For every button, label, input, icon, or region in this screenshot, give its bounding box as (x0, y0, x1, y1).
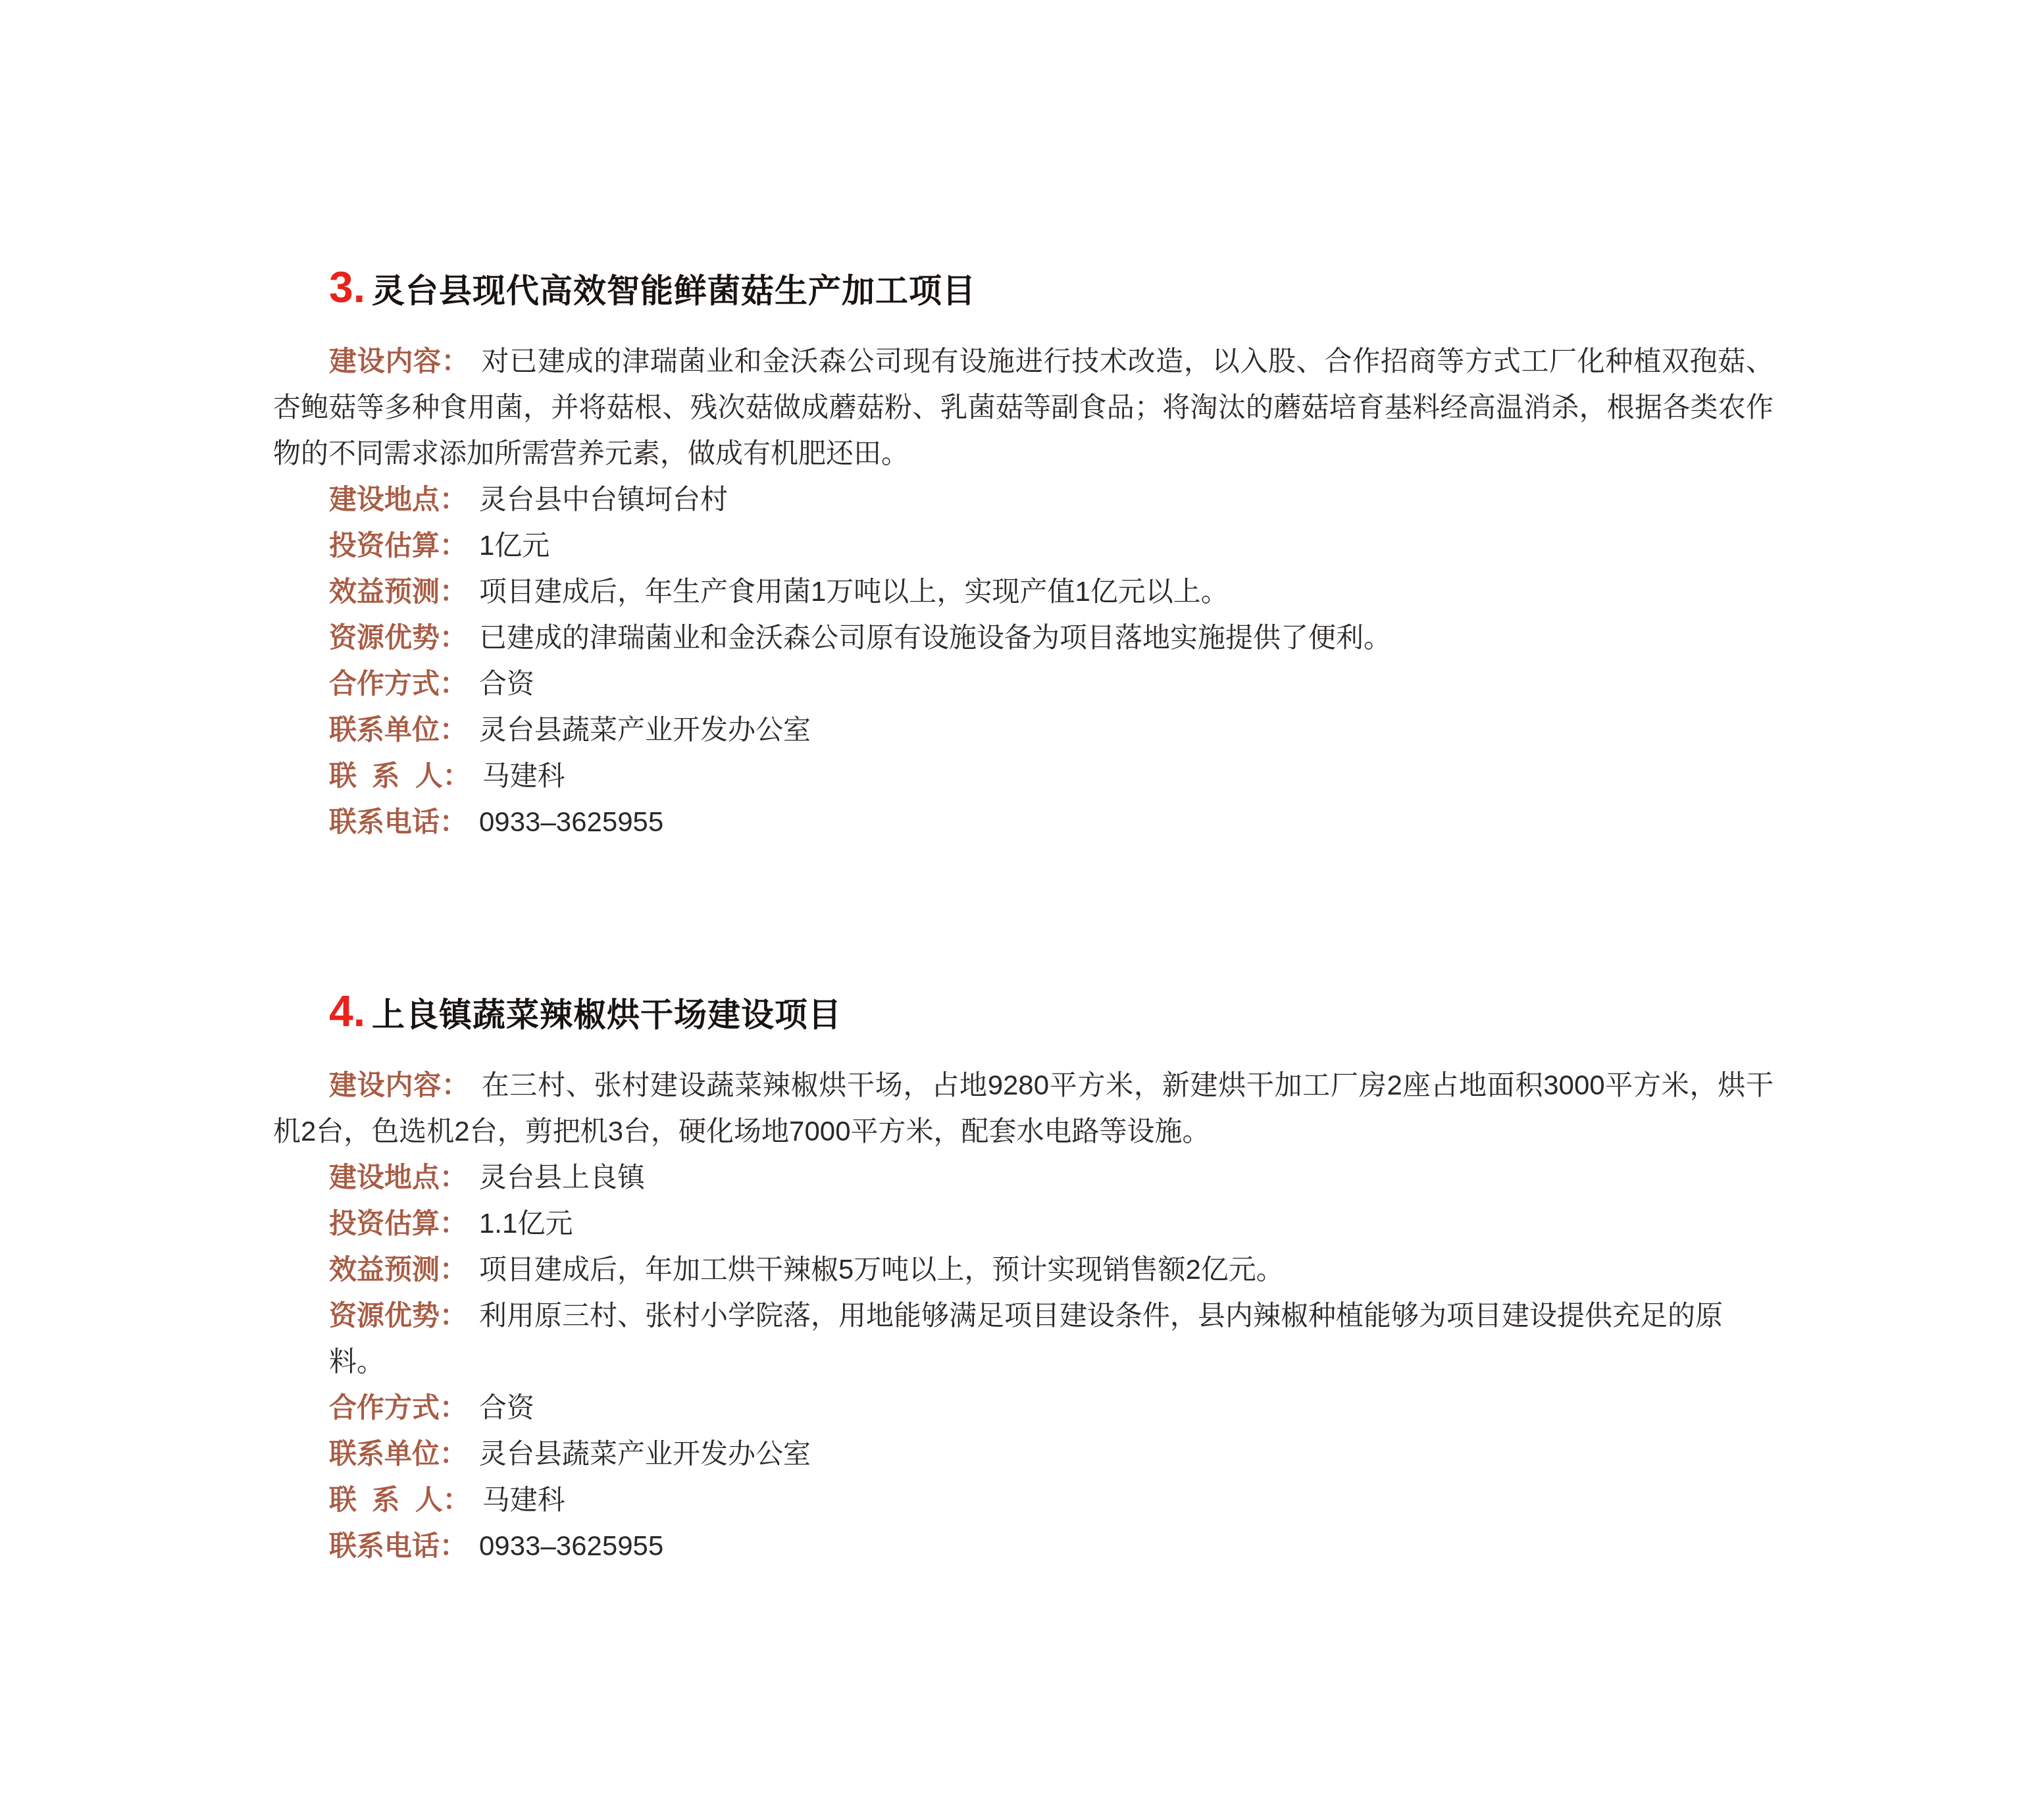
section-number: 4. (329, 987, 365, 1035)
field-label: 联 系 人： (329, 760, 471, 791)
content-label: 建设内容： (329, 1070, 470, 1100)
document-page: 3.灵台县现代高效智能鲜菌菇生产加工项目 建设内容：对已建成的津瑞菌业和金沃森公… (0, 0, 2044, 1810)
field-label: 建设地点： (329, 1162, 467, 1193)
field-row-contact-person: 联 系 人：马建科 (329, 753, 1774, 799)
field-label: 联系电话： (329, 806, 467, 837)
field-value: 合资 (479, 668, 534, 699)
field-row-contact-person: 联 系 人：马建科 (329, 1477, 1774, 1523)
field-value: 项目建成后，年生产食用菌1万吨以上，实现产值1亿元以上。 (479, 576, 1229, 607)
content-text: 在三村、张村建设蔬菜辣椒烘干场，占地9280平方米，新建烘干加工厂房2座占地面积… (273, 1070, 1774, 1147)
section-heading: 4.上良镇蔬菜辣椒烘干场建设项目 (329, 982, 1774, 1050)
field-value: 已建成的津瑞菌业和金沃森公司原有设施设备为项目落地实施提供了便利。 (479, 622, 1391, 653)
field-row-location: 建设地点：灵台县中台镇坷台村 (329, 477, 1774, 523)
field-value: 1亿元 (479, 530, 549, 561)
field-row-cooperation: 合作方式：合资 (329, 1385, 1774, 1431)
field-label: 效益预测： (329, 1254, 467, 1285)
project-section-3: 3.灵台县现代高效智能鲜菌菇生产加工项目 建设内容：对已建成的津瑞菌业和金沃森公… (273, 258, 1774, 845)
field-value: 利用原三村、张村小学院落，用地能够满足项目建设条件，县内辣椒种植能够为项目建设提… (329, 1300, 1723, 1377)
field-label: 联系单位： (329, 714, 467, 745)
field-value: 灵台县蔬菜产业开发办公室 (479, 714, 811, 745)
field-row-resource: 资源优势：利用原三村、张村小学院落，用地能够满足项目建设条件，县内辣椒种植能够为… (329, 1293, 1774, 1385)
field-value: 灵台县蔬菜产业开发办公室 (479, 1438, 811, 1469)
field-row-contact-unit: 联系单位：灵台县蔬菜产业开发办公室 (329, 707, 1774, 753)
field-row-cooperation: 合作方式：合资 (329, 661, 1774, 707)
field-value: 1.1亿元 (479, 1208, 573, 1239)
field-label: 合作方式： (329, 1392, 467, 1423)
project-section-4: 4.上良镇蔬菜辣椒烘干场建设项目 建设内容：在三村、张村建设蔬菜辣椒烘干场，占地… (273, 982, 1774, 1569)
section-number: 3. (329, 263, 365, 311)
field-value: 灵台县上良镇 (479, 1162, 645, 1193)
field-row-investment: 投资估算：1.1亿元 (329, 1201, 1774, 1247)
field-value: 0933–3625955 (479, 1530, 663, 1561)
field-value: 项目建成后，年加工烘干辣椒5万吨以上，预计实现销售额2亿元。 (479, 1254, 1284, 1285)
field-row-contact-unit: 联系单位：灵台县蔬菜产业开发办公室 (329, 1431, 1774, 1477)
field-value: 马建科 (482, 760, 565, 791)
content-paragraph: 建设内容：对已建成的津瑞菌业和金沃森公司现有设施进行技术改造，以入股、合作招商等… (273, 338, 1774, 477)
content-paragraph: 建设内容：在三村、张村建设蔬菜辣椒烘干场，占地9280平方米，新建烘干加工厂房2… (273, 1062, 1774, 1154)
field-row-contact-phone: 联系电话：0933–3625955 (329, 1523, 1774, 1569)
field-row-resource: 资源优势：已建成的津瑞菌业和金沃森公司原有设施设备为项目落地实施提供了便利。 (329, 615, 1774, 661)
field-row-benefit: 效益预测：项目建成后，年加工烘干辣椒5万吨以上，预计实现销售额2亿元。 (329, 1247, 1774, 1293)
field-value: 灵台县中台镇坷台村 (479, 484, 728, 515)
field-row-location: 建设地点：灵台县上良镇 (329, 1154, 1774, 1201)
content-text: 对已建成的津瑞菌业和金沃森公司现有设施进行技术改造，以入股、合作招商等方式工厂化… (273, 346, 1774, 469)
section-title-text: 灵台县现代高效智能鲜菌菇生产加工项目 (372, 272, 976, 309)
field-row-benefit: 效益预测：项目建成后，年生产食用菌1万吨以上，实现产值1亿元以上。 (329, 569, 1774, 615)
field-value: 马建科 (482, 1484, 565, 1515)
field-label: 资源优势： (329, 622, 467, 653)
field-label: 投资估算： (329, 1208, 467, 1239)
field-value: 0933–3625955 (479, 806, 663, 837)
field-label: 建设地点： (329, 484, 467, 515)
field-value: 合资 (479, 1392, 534, 1423)
field-label: 效益预测： (329, 576, 467, 607)
section-heading: 3.灵台县现代高效智能鲜菌菇生产加工项目 (329, 258, 1774, 326)
field-label: 资源优势： (329, 1300, 467, 1331)
field-row-contact-phone: 联系电话：0933–3625955 (329, 799, 1774, 845)
field-label: 投资估算： (329, 530, 467, 561)
field-label: 联系单位： (329, 1438, 467, 1469)
field-label: 联系电话： (329, 1530, 467, 1561)
field-row-investment: 投资估算：1亿元 (329, 523, 1774, 569)
content-label: 建设内容： (329, 346, 470, 376)
field-label: 合作方式： (329, 668, 467, 699)
field-label: 联 系 人： (329, 1484, 471, 1515)
section-title-text: 上良镇蔬菜辣椒烘干场建设项目 (372, 996, 842, 1033)
